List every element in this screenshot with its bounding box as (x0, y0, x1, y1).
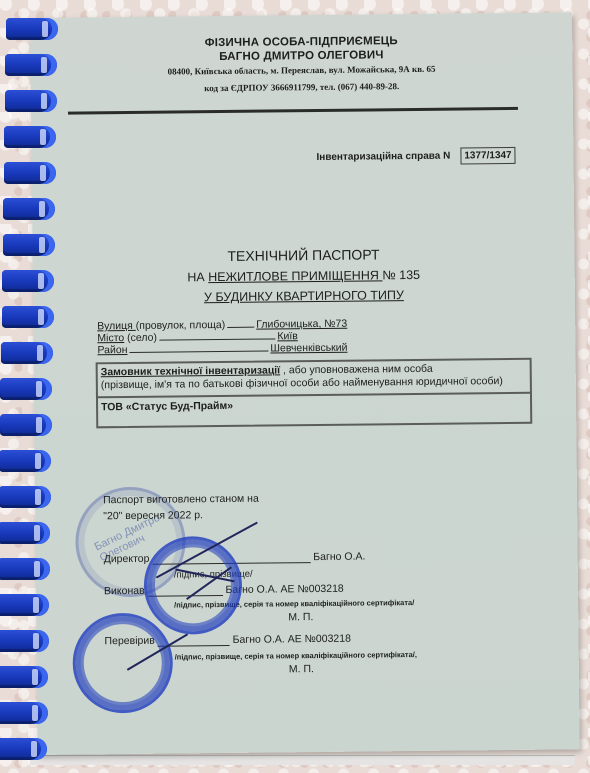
street-label-hint: (провулок, площа) (136, 319, 226, 332)
customer-label-cell: Замовник технічної інвентаризації , або … (98, 360, 530, 399)
binding-ring (0, 450, 51, 472)
binding-ring (0, 522, 50, 544)
issuer-header: ФІЗИЧНА ОСОБА-ПІДПРИЄМЕЦЬ БАГНО ДМИТРО О… (30, 32, 573, 95)
fill-line (227, 319, 254, 328)
binding-ring (2, 270, 54, 292)
executor-name: Багно О.А. АЕ №003218 (225, 583, 343, 596)
inventory-case: Інвентаризаційна справа N 1377/1347 (316, 147, 515, 166)
binding-ring (0, 414, 52, 436)
binding-ring (0, 558, 50, 580)
binding-ring (3, 234, 55, 256)
subtitle-prefix: НА (187, 270, 208, 284)
binding-ring (6, 18, 58, 40)
customer-box: Замовник технічної інвентаризації , або … (96, 358, 533, 429)
issue-date: "20" вересня 2022 р. (103, 507, 259, 525)
city-label: Місто (97, 332, 124, 344)
checker-name: Багно О.А. АЕ №003218 (233, 633, 351, 646)
binding-ring (2, 306, 54, 328)
subtitle-number: № 135 (382, 268, 420, 282)
binding-comb (0, 10, 60, 770)
checker-hint: /підпис, прізвище, серія та номер кваліф… (175, 650, 417, 662)
inventory-label: Інвентаризаційна справа N (316, 151, 450, 163)
document-title: ТЕХНІЧНИЙ ПАСПОРТ (32, 244, 574, 266)
binding-ring (3, 198, 55, 220)
binding-ring (0, 594, 49, 616)
binding-ring (0, 702, 48, 724)
checker-seal: М. П. (289, 663, 314, 675)
document-subtitle: НА НЕЖИТЛОВЕ ПРИМІЩЕННЯ № 135 (33, 266, 575, 286)
document-subtitle-building: У БУДИНКУ КВАРТИРНОГО ТИПУ (33, 286, 575, 306)
binding-ring (0, 486, 51, 508)
customer-label: Замовник технічної інвентаризації (101, 364, 281, 378)
street-value: Глибочицька, №73 (256, 318, 347, 331)
header-divider (68, 107, 518, 115)
district-row: Район Шевченківський (97, 342, 347, 357)
blue-seal-lower (72, 613, 173, 714)
customer-value: ТОВ «Статус Буд-Прайм» (98, 394, 530, 427)
executor-seal: М. П. (288, 611, 313, 623)
executor-label: Виконав (104, 585, 145, 597)
binding-ring (4, 126, 56, 148)
binding-ring (0, 378, 52, 400)
district-label: Район (97, 344, 127, 356)
city-label-hint: (село) (124, 332, 157, 344)
binding-ring (0, 666, 48, 688)
issue-date-block: Паспорт виготовлено станом на "20" верес… (103, 491, 259, 525)
customer-label-rest: , або уповноважена ним особа (280, 363, 433, 377)
district-value: Шевченківський (270, 342, 347, 355)
blue-seal-upper (143, 536, 242, 635)
fill-line (129, 343, 268, 353)
binding-ring (4, 162, 56, 184)
passport-page: ФІЗИЧНА ОСОБА-ПІДПРИЄМЕЦЬ БАГНО ДМИТРО О… (30, 12, 580, 755)
issue-date-label: Паспорт виготовлено станом на (103, 491, 259, 509)
issuer-code: код за ЄДРПОУ 3666911799, тел. (067) 440… (31, 79, 573, 95)
street-label: Вулиця (97, 320, 136, 332)
binding-ring (5, 54, 57, 76)
subtitle-object: НЕЖИТЛОВЕ ПРИМІЩЕННЯ (208, 268, 382, 284)
city-value: Київ (277, 330, 347, 343)
binding-ring (5, 90, 57, 112)
director-name: Багно О.А. (313, 551, 365, 564)
director-label: Директор (104, 553, 150, 565)
binding-ring (0, 738, 47, 760)
page-stack-edge (30, 755, 575, 765)
inventory-number: 1377/1347 (460, 147, 515, 165)
binding-ring (1, 342, 53, 364)
binding-ring (0, 630, 49, 652)
fill-line (159, 330, 275, 340)
address-block: Вулиця (провулок, площа) Глибочицька, №7… (97, 318, 347, 357)
